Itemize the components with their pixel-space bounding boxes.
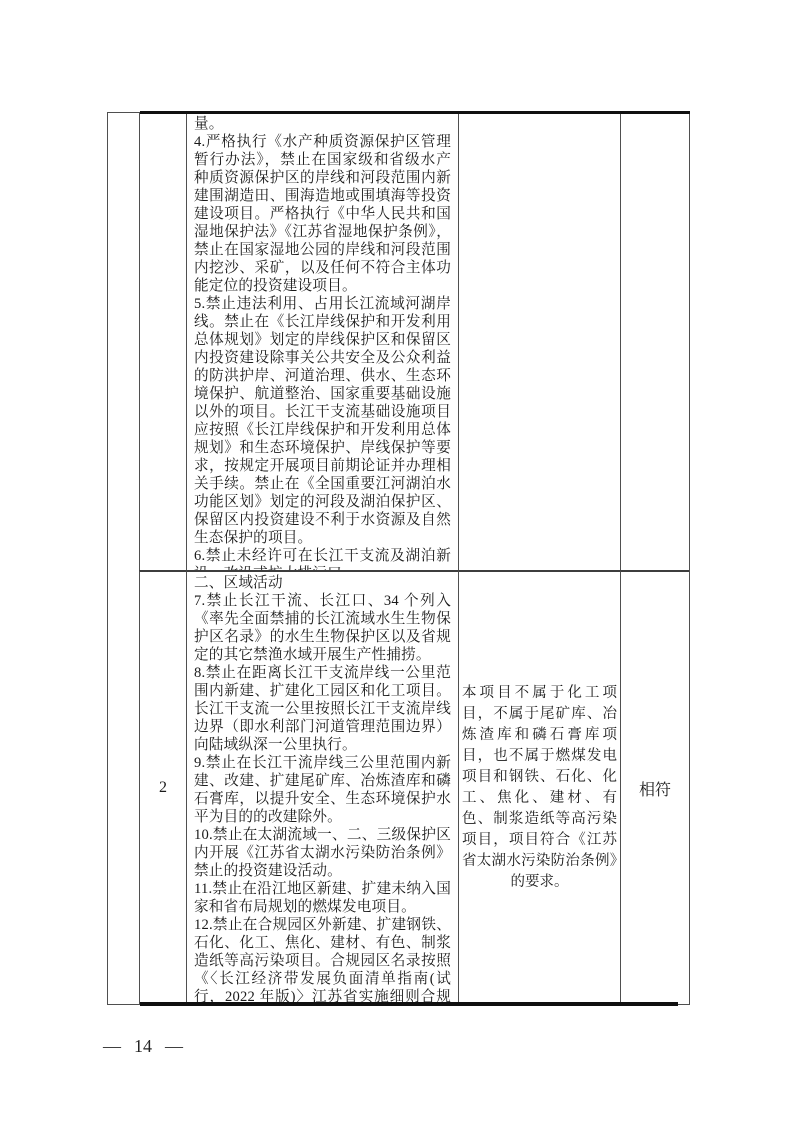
row-number: 2: [159, 779, 167, 797]
footer-dash-left: —: [103, 1036, 121, 1057]
clause-6: 6.禁止未经许可在长江干支流及湖泊新设、改设或扩大排污口。: [194, 547, 451, 570]
row1-requirements-cell: 量。 4.严格执行《水产种质资源保护区管理暂行办法》，禁止在国家级和省级水产种质…: [186, 113, 458, 570]
footer-dash-right: —: [165, 1036, 183, 1057]
table-top-thick-border: [140, 111, 690, 114]
index-column-cell: [108, 113, 139, 1004]
page-footer: — 14 —: [103, 1036, 183, 1057]
compliance-table: 量。 4.严格执行《水产种质资源保护区管理暂行办法》，禁止在国家级和省级水产种质…: [107, 112, 690, 1005]
clause-11: 11.禁止在沿江地区新建、扩建未纳入国家和省布局规划的燃煤发电项目。: [194, 880, 451, 916]
document-page: 量。 4.严格执行《水产种质资源保护区管理暂行办法》，禁止在国家级和省级水产种质…: [0, 0, 793, 1122]
row2-conclusion-cell: 相符: [620, 570, 689, 1004]
section-heading: 二、区域活动: [194, 574, 451, 592]
clause-7: 7.禁止长江干流、长江口、34 个列入《率先全面禁捕的长江流域水生生物保护区名录…: [194, 592, 451, 664]
row2-requirements-cell: 二、区域活动 7.禁止长江干流、长江口、34 个列入《率先全面禁捕的长江流域水生…: [186, 570, 458, 1004]
clause-continuation: 量。: [194, 115, 451, 133]
clause-8: 8.禁止在距离长江干支流岸线一公里范围内新建、扩建化工园区和化工项目。长江干支流…: [194, 664, 451, 754]
page-number: 14: [134, 1036, 152, 1057]
analysis-text: 本项目不属于化工项目，不属于尾矿库、冶炼渣库和磷石膏库项目，也不属于燃煤发电项目…: [462, 683, 617, 893]
row1-conclusion-cell: [620, 113, 689, 570]
clause-5: 5.禁止违法利用、占用长江流域河湖岸线。禁止在《长江岸线保护和开发利用总体规划》…: [194, 295, 451, 547]
clause-10: 10.禁止在太湖流域一、二、三级保护区内开展《江苏省太湖水污染防治条例》禁止的投…: [194, 826, 451, 880]
row2-seq-cell: 2: [139, 570, 186, 1004]
clause-9: 9.禁止在长江干流岸线三公里范围内新建、改建、扩建尾矿库、冶炼渣库和磷石膏库，以…: [194, 754, 451, 826]
conclusion-text: 相符: [639, 777, 671, 800]
row1-seq-cell: [139, 113, 186, 570]
row2-analysis-cell: 本项目不属于化工项目，不属于尾矿库、冶炼渣库和磷石膏库项目，也不属于燃煤发电项目…: [458, 570, 620, 1004]
table-bottom-thick-border: [140, 1002, 678, 1006]
clause-4: 4.严格执行《水产种质资源保护区管理暂行办法》，禁止在国家级和省级水产种质资源保…: [194, 133, 451, 295]
row1-analysis-cell: [458, 113, 620, 570]
clause-12: 12.禁止在合规园区外新建、扩建钢铁、石化、化工、焦化、建材、有色、制浆造纸等高…: [194, 916, 451, 1004]
